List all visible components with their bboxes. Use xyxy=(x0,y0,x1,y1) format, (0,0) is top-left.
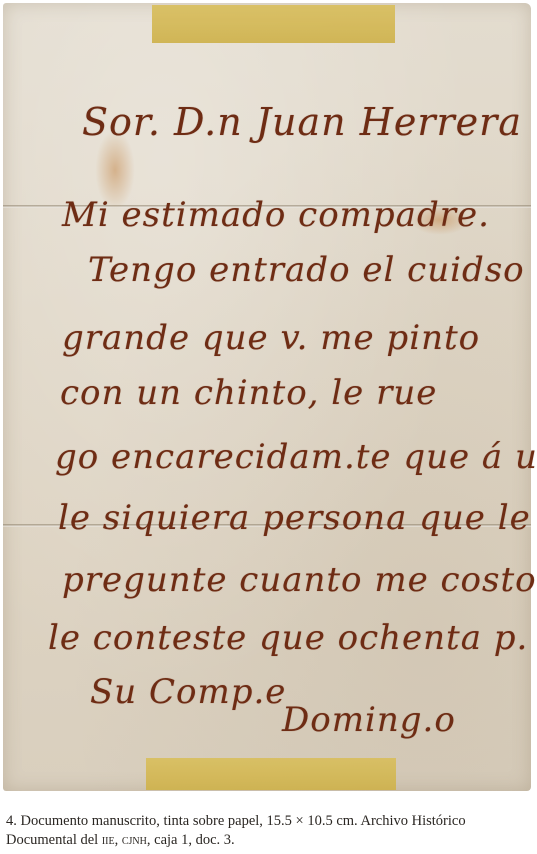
letter-line: Tengo entrado el cuidso xyxy=(88,250,525,290)
letter-signature: Doming.o xyxy=(282,700,456,740)
tape-top xyxy=(152,5,395,43)
caption-number: 4. xyxy=(6,813,17,829)
caption-separator: , xyxy=(115,832,122,848)
letter-line: pregunte cuanto me costo xyxy=(62,560,537,600)
caption-abbr-cjnh: cjnh xyxy=(122,832,147,848)
letter-line: go encarecidam.te que á una xyxy=(55,437,537,477)
caption-abbr-iie: iie xyxy=(102,832,115,848)
letter-line: le siquiera persona que le xyxy=(58,498,531,538)
letter-line: grande que v. me pinto xyxy=(62,318,480,358)
letter-line: Mi estimado compadre. xyxy=(62,195,490,235)
letter-line: le conteste que ochenta p. xyxy=(48,618,528,658)
manuscript-figure: Sor. D.n Juan Herrera Mi estimado compad… xyxy=(0,0,537,800)
figure-caption: 4. Documento manuscrito, tinta sobre pap… xyxy=(6,812,531,850)
letter-closing: Su Comp.e xyxy=(90,672,286,712)
tape-bottom xyxy=(146,758,396,790)
caption-line2-prefix: Documental del xyxy=(6,832,102,848)
letter-salutation: Sor. D.n Juan Herrera xyxy=(82,100,522,144)
caption-line1: Documento manuscrito, tinta sobre papel,… xyxy=(21,813,466,829)
letter-line: con un chinto, le rue xyxy=(60,373,437,413)
caption-line2-suffix: , caja 1, doc. 3. xyxy=(147,832,235,848)
